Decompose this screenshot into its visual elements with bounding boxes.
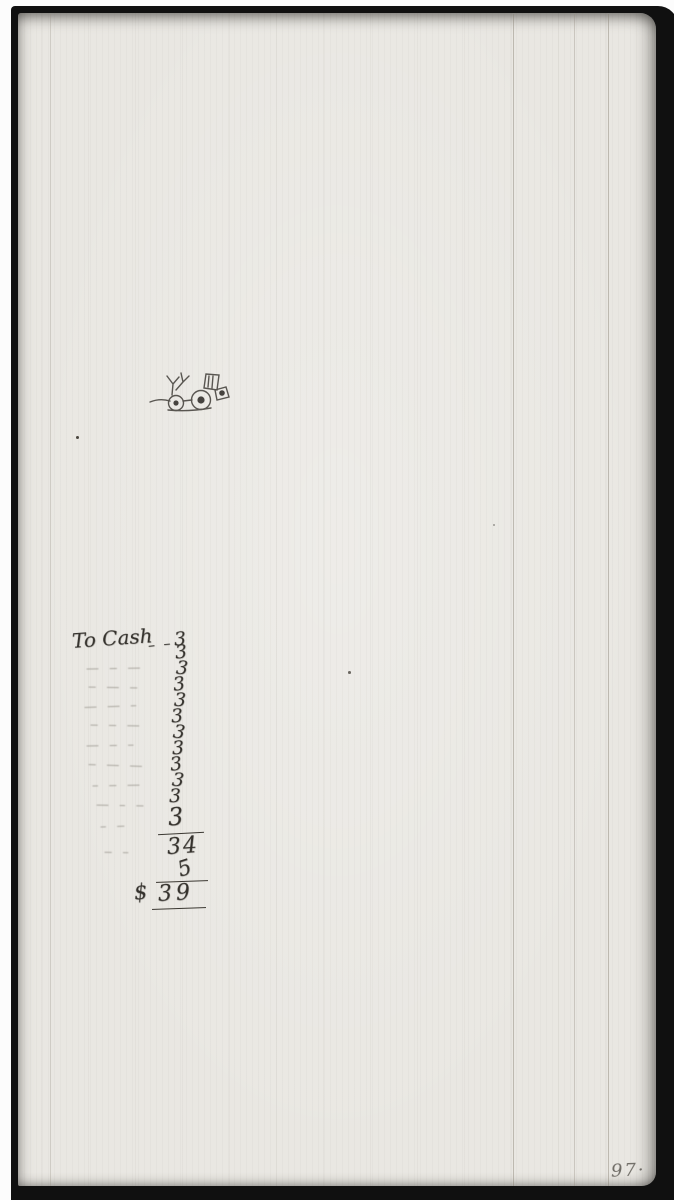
ledger-last-value: 3 [167,804,184,829]
total-underline [152,907,206,910]
ditto-mark: — ‒ – [86,739,137,753]
page-number: 97· [611,1159,646,1181]
margin-rule-line-right-3 [608,14,609,1186]
margin-rule-line-right-2 [574,14,575,1186]
ditto-mark: — — – [84,699,140,714]
ditto-mark: ‒ – [104,846,132,859]
currency-symbol: $ [133,881,148,903]
ditto-mark: ‒ — — [88,758,146,773]
ditto-mark: — ‒ — [86,661,144,675]
total-value: 39 [157,882,194,906]
page-content: To Cash – – 3 — ‒ — ‒ — ‒ — — – ‒ ‒ — — … [0,0,674,1200]
addend-value: 5 [175,856,194,880]
paper-speck [348,671,351,674]
ledger-entry-dashes: – – [147,637,173,653]
margin-rule-line-right-1 [513,14,514,1186]
paper-speck [493,524,495,526]
ditto-mark: – ‒ [100,820,128,834]
ditto-mark: – ‒ — [92,779,143,793]
cart-doodle-sketch [143,367,238,419]
ditto-mark: ‒ ‒ — [90,719,143,733]
ditto-mark: ‒ — ‒ [88,681,141,695]
paper-speck [76,436,79,439]
ledger-entry-label: To Cash [71,625,153,651]
margin-rule-line-left [50,14,51,1186]
scanned-page: To Cash – – 3 — ‒ — ‒ — ‒ — — – ‒ ‒ — — … [0,0,674,1200]
ditto-mark: — – ‒ [96,799,147,813]
